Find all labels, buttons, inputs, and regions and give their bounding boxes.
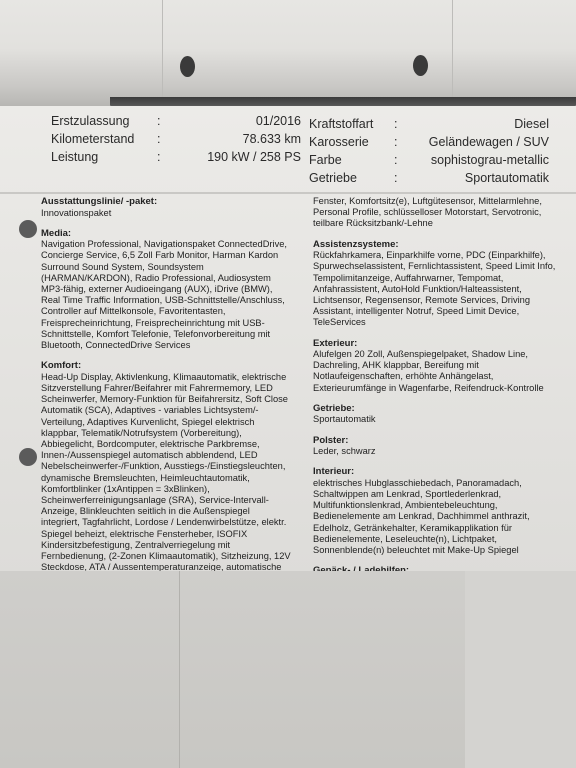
folded-bottom-sheet <box>0 571 576 768</box>
fact-label: Getriebe <box>309 171 357 185</box>
section-getriebe: Getriebe: Sportautomatik <box>313 403 563 426</box>
section-assistenzsysteme: Assistenzsysteme: Rückfahrkamera, Einpar… <box>313 239 563 329</box>
section-text: elektrisches Hubglasschiebedach, Panoram… <box>313 478 563 556</box>
fact-value: sophistograu-metallic <box>409 153 549 167</box>
section-text: Sportautomatik <box>313 414 563 425</box>
section-text: Leder, schwarz <box>313 446 563 457</box>
punch-hole-icon <box>413 55 428 76</box>
vehicle-summary: Erstzulassung : 01/2016 Kilometerstand :… <box>0 114 576 190</box>
section-text: Alufelgen 20 Zoll, Außenspiegelpaket, Sh… <box>313 349 563 394</box>
fact-colon: : <box>394 135 397 149</box>
fact-colon: : <box>394 153 397 167</box>
section-text: Innovationspaket <box>41 208 291 219</box>
paper-crease <box>179 571 180 768</box>
punch-hole-icon <box>19 448 37 466</box>
fact-value: 190 kW / 258 PS <box>151 150 301 164</box>
paper-crease <box>162 0 163 100</box>
fact-value: Geländewagen / SUV <box>409 135 549 149</box>
equipment-right-column: Fenster, Komfortsitz(e), Luftgütesensor,… <box>313 196 563 629</box>
section-text: Fenster, Komfortsitz(e), Luftgütesensor,… <box>313 196 563 230</box>
vehicle-document: Erstzulassung : 01/2016 Kilometerstand :… <box>0 106 576 576</box>
section-text: Rückfahrkamera, Einparkhilfe vorne, PDC … <box>313 250 563 328</box>
section-media: Media: Navigation Professional, Navigati… <box>41 228 291 352</box>
fact-label: Kraftstoffart <box>309 117 373 131</box>
section-heading: Polster: <box>313 435 563 447</box>
section-komfort-continued: Fenster, Komfortsitz(e), Luftgütesensor,… <box>313 196 563 230</box>
fact-value: 01/2016 <box>151 114 301 128</box>
paper-panel <box>465 571 576 768</box>
section-text: Navigation Professional, Navigationspake… <box>41 239 291 351</box>
section-divider <box>0 192 576 194</box>
fact-label: Farbe <box>309 153 342 167</box>
section-heading: Assistenzsysteme: <box>313 239 563 251</box>
section-polster: Polster: Leder, schwarz <box>313 435 563 458</box>
punch-hole-icon <box>19 220 37 238</box>
fact-label: Leistung <box>51 150 98 164</box>
section-heading: Komfort: <box>41 360 291 372</box>
section-heading: Ausstattungslinie/ -paket: <box>41 196 291 208</box>
section-interieur: Interieur: elektrisches Hubglasschiebeda… <box>313 466 563 556</box>
folded-top-sheet <box>0 0 576 108</box>
fact-label: Karosserie <box>309 135 369 149</box>
fact-value: Sportautomatik <box>409 171 549 185</box>
fact-label: Kilometerstand <box>51 132 134 146</box>
section-ausstattungslinie: Ausstattungslinie/ -paket: Innovationspa… <box>41 196 291 219</box>
section-heading: Media: <box>41 228 291 240</box>
paper-crease <box>452 0 453 100</box>
fact-value: Diesel <box>409 117 549 131</box>
punch-hole-icon <box>180 56 195 77</box>
section-heading: Interieur: <box>313 466 563 478</box>
fact-value: 78.633 km <box>151 132 301 146</box>
fact-label: Erstzulassung <box>51 114 130 128</box>
section-exterieur: Exterieur: Alufelgen 20 Zoll, Außenspieg… <box>313 338 563 394</box>
fact-colon: : <box>394 117 397 131</box>
fact-colon: : <box>394 171 397 185</box>
section-heading: Getriebe: <box>313 403 563 415</box>
section-heading: Exterieur: <box>313 338 563 350</box>
